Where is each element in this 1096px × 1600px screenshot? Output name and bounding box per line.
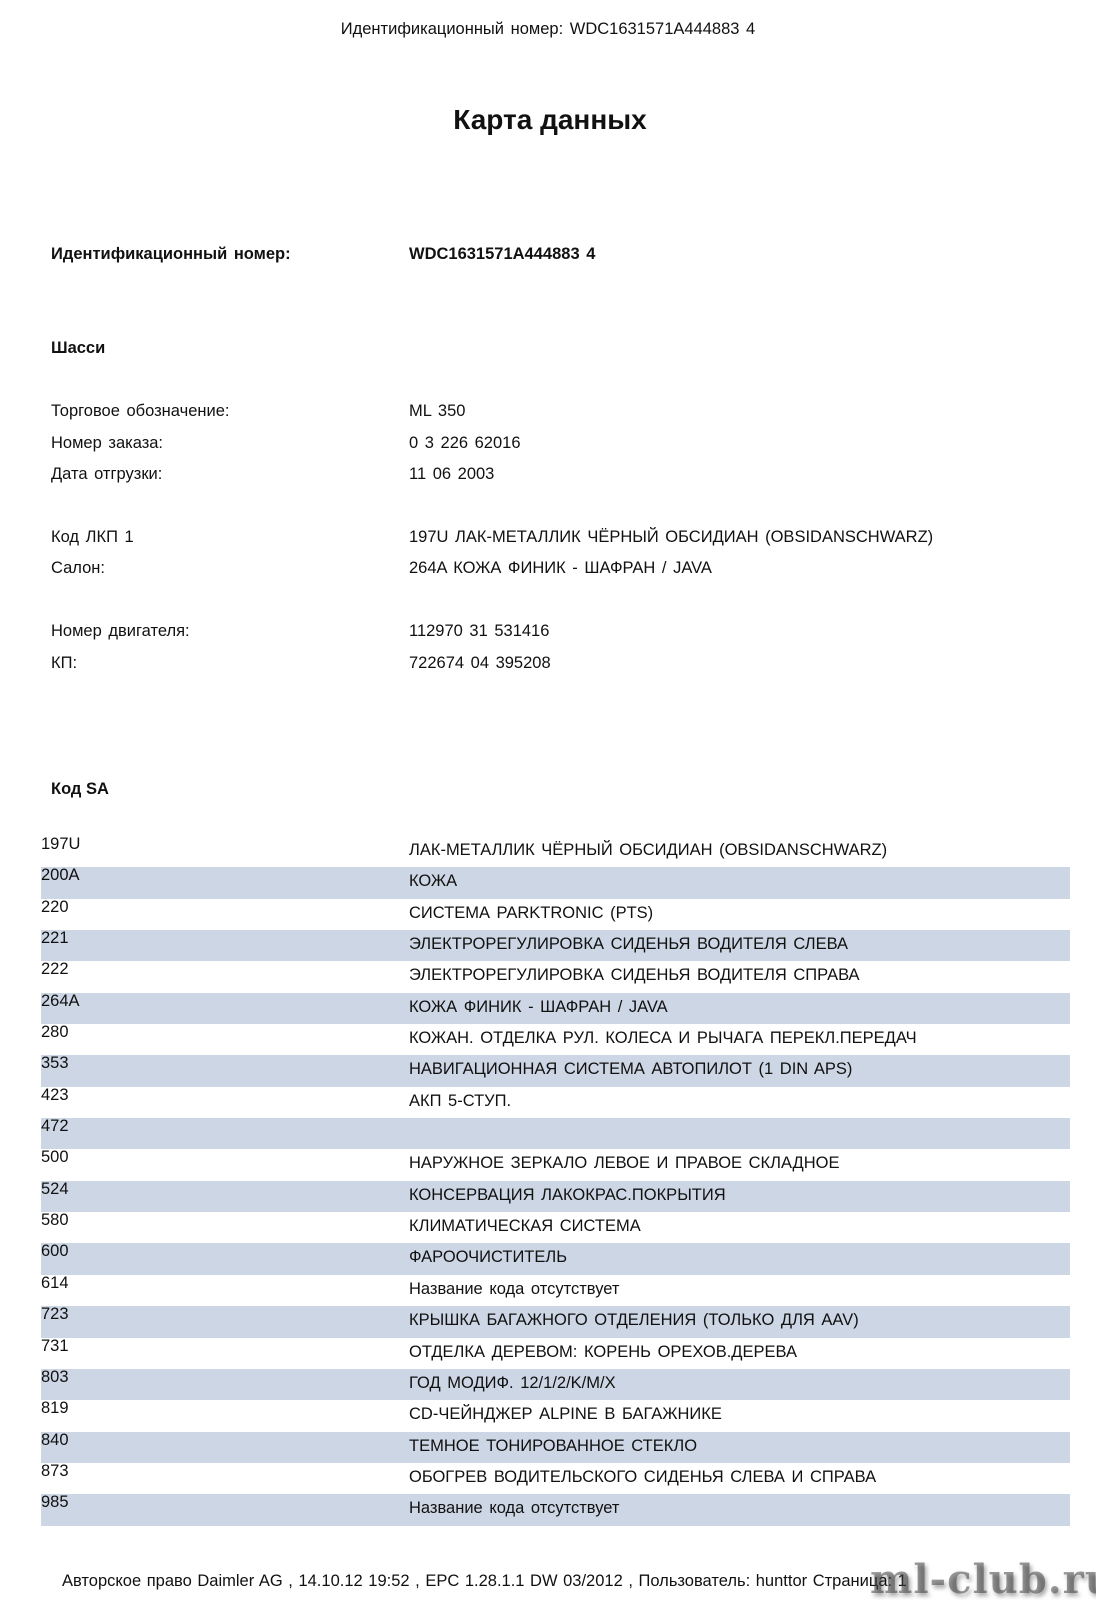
- sa-code: 524: [41, 1180, 69, 1199]
- field-label-ship-date: Дата отгрузки:: [51, 465, 162, 484]
- sa-code: 221: [41, 929, 69, 948]
- field-label-interior: Салон:: [51, 559, 105, 578]
- field-value-ship-date: 11 06 2003: [409, 465, 494, 484]
- table-row: 819CD-ЧЕЙНДЖЕР ALPINE В БАГАЖНИКЕ: [41, 1400, 1070, 1431]
- sa-code: 222: [41, 960, 69, 979]
- sa-description: АКП 5-СТУП.: [409, 1092, 511, 1111]
- sa-description: КОЖА: [409, 872, 457, 891]
- page-title: Карта данных: [0, 104, 1096, 136]
- sa-description: СИСТЕМА PARKTRONIC (PTS): [409, 904, 653, 923]
- sa-codes-heading: Код SA: [51, 780, 109, 799]
- sa-code: 580: [41, 1211, 69, 1230]
- sa-code: 423: [41, 1086, 69, 1105]
- sa-description: КРЫШКА БАГАЖНОГО ОТДЕЛЕНИЯ (ТОЛЬКО ДЛЯ A…: [409, 1311, 859, 1330]
- sa-code: 600: [41, 1242, 69, 1261]
- sa-description: ОТДЕЛКА ДЕРЕВОМ: КОРЕНЬ ОРЕХОВ.ДЕРЕВА: [409, 1343, 797, 1362]
- table-row: 524КОНСЕРВАЦИЯ ЛАКОКРАС.ПОКРЫТИЯ: [41, 1181, 1070, 1212]
- table-row: 200AКОЖА: [41, 867, 1070, 898]
- table-row: 873ОБОГРЕВ ВОДИТЕЛЬСКОГО СИДЕНЬЯ СЛЕВА И…: [41, 1463, 1070, 1494]
- field-label-paint-code: Код ЛКП 1: [51, 528, 134, 547]
- footer-copyright: Авторское право Daimler AG , 14.10.12 19…: [62, 1572, 907, 1591]
- sa-code: 280: [41, 1023, 69, 1042]
- field-label-engine-number: Номер двигателя:: [51, 622, 190, 641]
- field-value-interior: 264A КОЖА ФИНИК - ШАФРАН / JAVA: [409, 559, 712, 578]
- field-value-transmission: 722674 04 395208: [409, 654, 551, 673]
- sa-description: Название кода отсутствует: [409, 1280, 619, 1299]
- table-row: 220СИСТЕМА PARKTRONIC (PTS): [41, 899, 1070, 930]
- field-value-trade-name: ML 350: [409, 402, 465, 421]
- sa-code: 803: [41, 1368, 69, 1387]
- sa-description: ГОД МОДИФ. 12/1/2/K/M/X: [409, 1374, 616, 1393]
- table-row: 580КЛИМАТИЧЕСКАЯ СИСТЕМА: [41, 1212, 1070, 1243]
- table-row: 731ОТДЕЛКА ДЕРЕВОМ: КОРЕНЬ ОРЕХОВ.ДЕРЕВА: [41, 1338, 1070, 1369]
- table-row: 600ФАРООЧИСТИТЕЛЬ: [41, 1243, 1070, 1274]
- field-label-trade-name: Торговое обозначение:: [51, 402, 229, 421]
- sa-code: 220: [41, 898, 69, 917]
- table-row: 840ТЕМНОЕ ТОНИРОВАННОЕ СТЕКЛО: [41, 1432, 1070, 1463]
- sa-description: НАВИГАЦИОННАЯ СИСТЕМА АВТОПИЛОТ (1 DIN A…: [409, 1060, 852, 1079]
- table-row: 353НАВИГАЦИОННАЯ СИСТЕМА АВТОПИЛОТ (1 DI…: [41, 1055, 1070, 1086]
- sa-code: 614: [41, 1274, 69, 1293]
- sa-code: 723: [41, 1305, 69, 1324]
- sa-description: КОЖА ФИНИК - ШАФРАН / JAVA: [409, 998, 668, 1017]
- sa-description: КОНСЕРВАЦИЯ ЛАКОКРАС.ПОКРЫТИЯ: [409, 1186, 726, 1205]
- table-row: 500НАРУЖНОЕ ЗЕРКАЛО ЛЕВОЕ И ПРАВОЕ СКЛАД…: [41, 1149, 1070, 1180]
- sa-code: 819: [41, 1399, 69, 1418]
- sa-code: 985: [41, 1493, 69, 1512]
- sa-code: 731: [41, 1337, 69, 1356]
- field-label-transmission: КП:: [51, 654, 77, 673]
- table-row: 221ЭЛЕКТРОРЕГУЛИРОВКА СИДЕНЬЯ ВОДИТЕЛЯ С…: [41, 930, 1070, 961]
- header-vin-line: Идентификационный номер: WDC1631571A4448…: [0, 20, 1096, 39]
- table-row: 723КРЫШКА БАГАЖНОГО ОТДЕЛЕНИЯ (ТОЛЬКО ДЛ…: [41, 1306, 1070, 1337]
- table-row: 280КОЖАН. ОТДЕЛКА РУЛ. КОЛЕСА И РЫЧАГА П…: [41, 1024, 1070, 1055]
- sa-description: ЛАК-МЕТАЛЛИК ЧЁРНЫЙ ОБСИДИАН (OBSIDANSCH…: [409, 841, 887, 860]
- vin-label: Идентификационный номер:: [51, 245, 291, 264]
- table-row: 803ГОД МОДИФ. 12/1/2/K/M/X: [41, 1369, 1070, 1400]
- sa-code: 353: [41, 1054, 69, 1073]
- sa-description: Название кода отсутствует: [409, 1499, 619, 1518]
- field-value-engine-number: 112970 31 531416: [409, 622, 549, 641]
- table-row: 985Название кода отсутствует: [41, 1494, 1070, 1525]
- table-row: 423АКП 5-СТУП.: [41, 1087, 1070, 1118]
- sa-code: 873: [41, 1462, 69, 1481]
- vin-value: WDC1631571A444883 4: [409, 245, 595, 264]
- sa-description: ЭЛЕКТРОРЕГУЛИРОВКА СИДЕНЬЯ ВОДИТЕЛЯ СПРА…: [409, 966, 860, 985]
- sa-description: ОБОГРЕВ ВОДИТЕЛЬСКОГО СИДЕНЬЯ СЛЕВА И СП…: [409, 1468, 876, 1487]
- table-row: 222ЭЛЕКТРОРЕГУЛИРОВКА СИДЕНЬЯ ВОДИТЕЛЯ С…: [41, 961, 1070, 992]
- table-row: 197UЛАК-МЕТАЛЛИК ЧЁРНЫЙ ОБСИДИАН (OBSIDA…: [41, 836, 1070, 867]
- sa-code: 197U: [41, 835, 80, 854]
- field-value-paint-code: 197U ЛАК-МЕТАЛЛИК ЧЁРНЫЙ ОБСИДИАН (OBSID…: [409, 528, 933, 547]
- field-value-order-number: 0 3 226 62016: [409, 434, 521, 453]
- table-row: 264AКОЖА ФИНИК - ШАФРАН / JAVA: [41, 993, 1070, 1024]
- sa-codes-table: 197UЛАК-МЕТАЛЛИК ЧЁРНЫЙ ОБСИДИАН (OBSIDA…: [41, 836, 1070, 1526]
- sa-description: ТЕМНОЕ ТОНИРОВАННОЕ СТЕКЛО: [409, 1437, 697, 1456]
- sa-description: ФАРООЧИСТИТЕЛЬ: [409, 1248, 567, 1267]
- sa-description: ЭЛЕКТРОРЕГУЛИРОВКА СИДЕНЬЯ ВОДИТЕЛЯ СЛЕВ…: [409, 935, 848, 954]
- sa-description: КОЖАН. ОТДЕЛКА РУЛ. КОЛЕСА И РЫЧАГА ПЕРЕ…: [409, 1029, 917, 1048]
- table-row: 472: [41, 1118, 1070, 1149]
- sa-code: 264A: [41, 992, 80, 1011]
- sa-description: НАРУЖНОЕ ЗЕРКАЛО ЛЕВОЕ И ПРАВОЕ СКЛАДНОЕ: [409, 1154, 839, 1173]
- sa-code: 500: [41, 1148, 69, 1167]
- chassis-heading: Шасси: [51, 339, 105, 358]
- sa-code: 200A: [41, 866, 80, 885]
- sa-description: CD-ЧЕЙНДЖЕР ALPINE В БАГАЖНИКЕ: [409, 1405, 722, 1424]
- sa-description: КЛИМАТИЧЕСКАЯ СИСТЕМА: [409, 1217, 641, 1236]
- table-row: 614Название кода отсутствует: [41, 1275, 1070, 1306]
- sa-code: 472: [41, 1117, 69, 1136]
- field-label-order-number: Номер заказа:: [51, 434, 163, 453]
- sa-code: 840: [41, 1431, 69, 1450]
